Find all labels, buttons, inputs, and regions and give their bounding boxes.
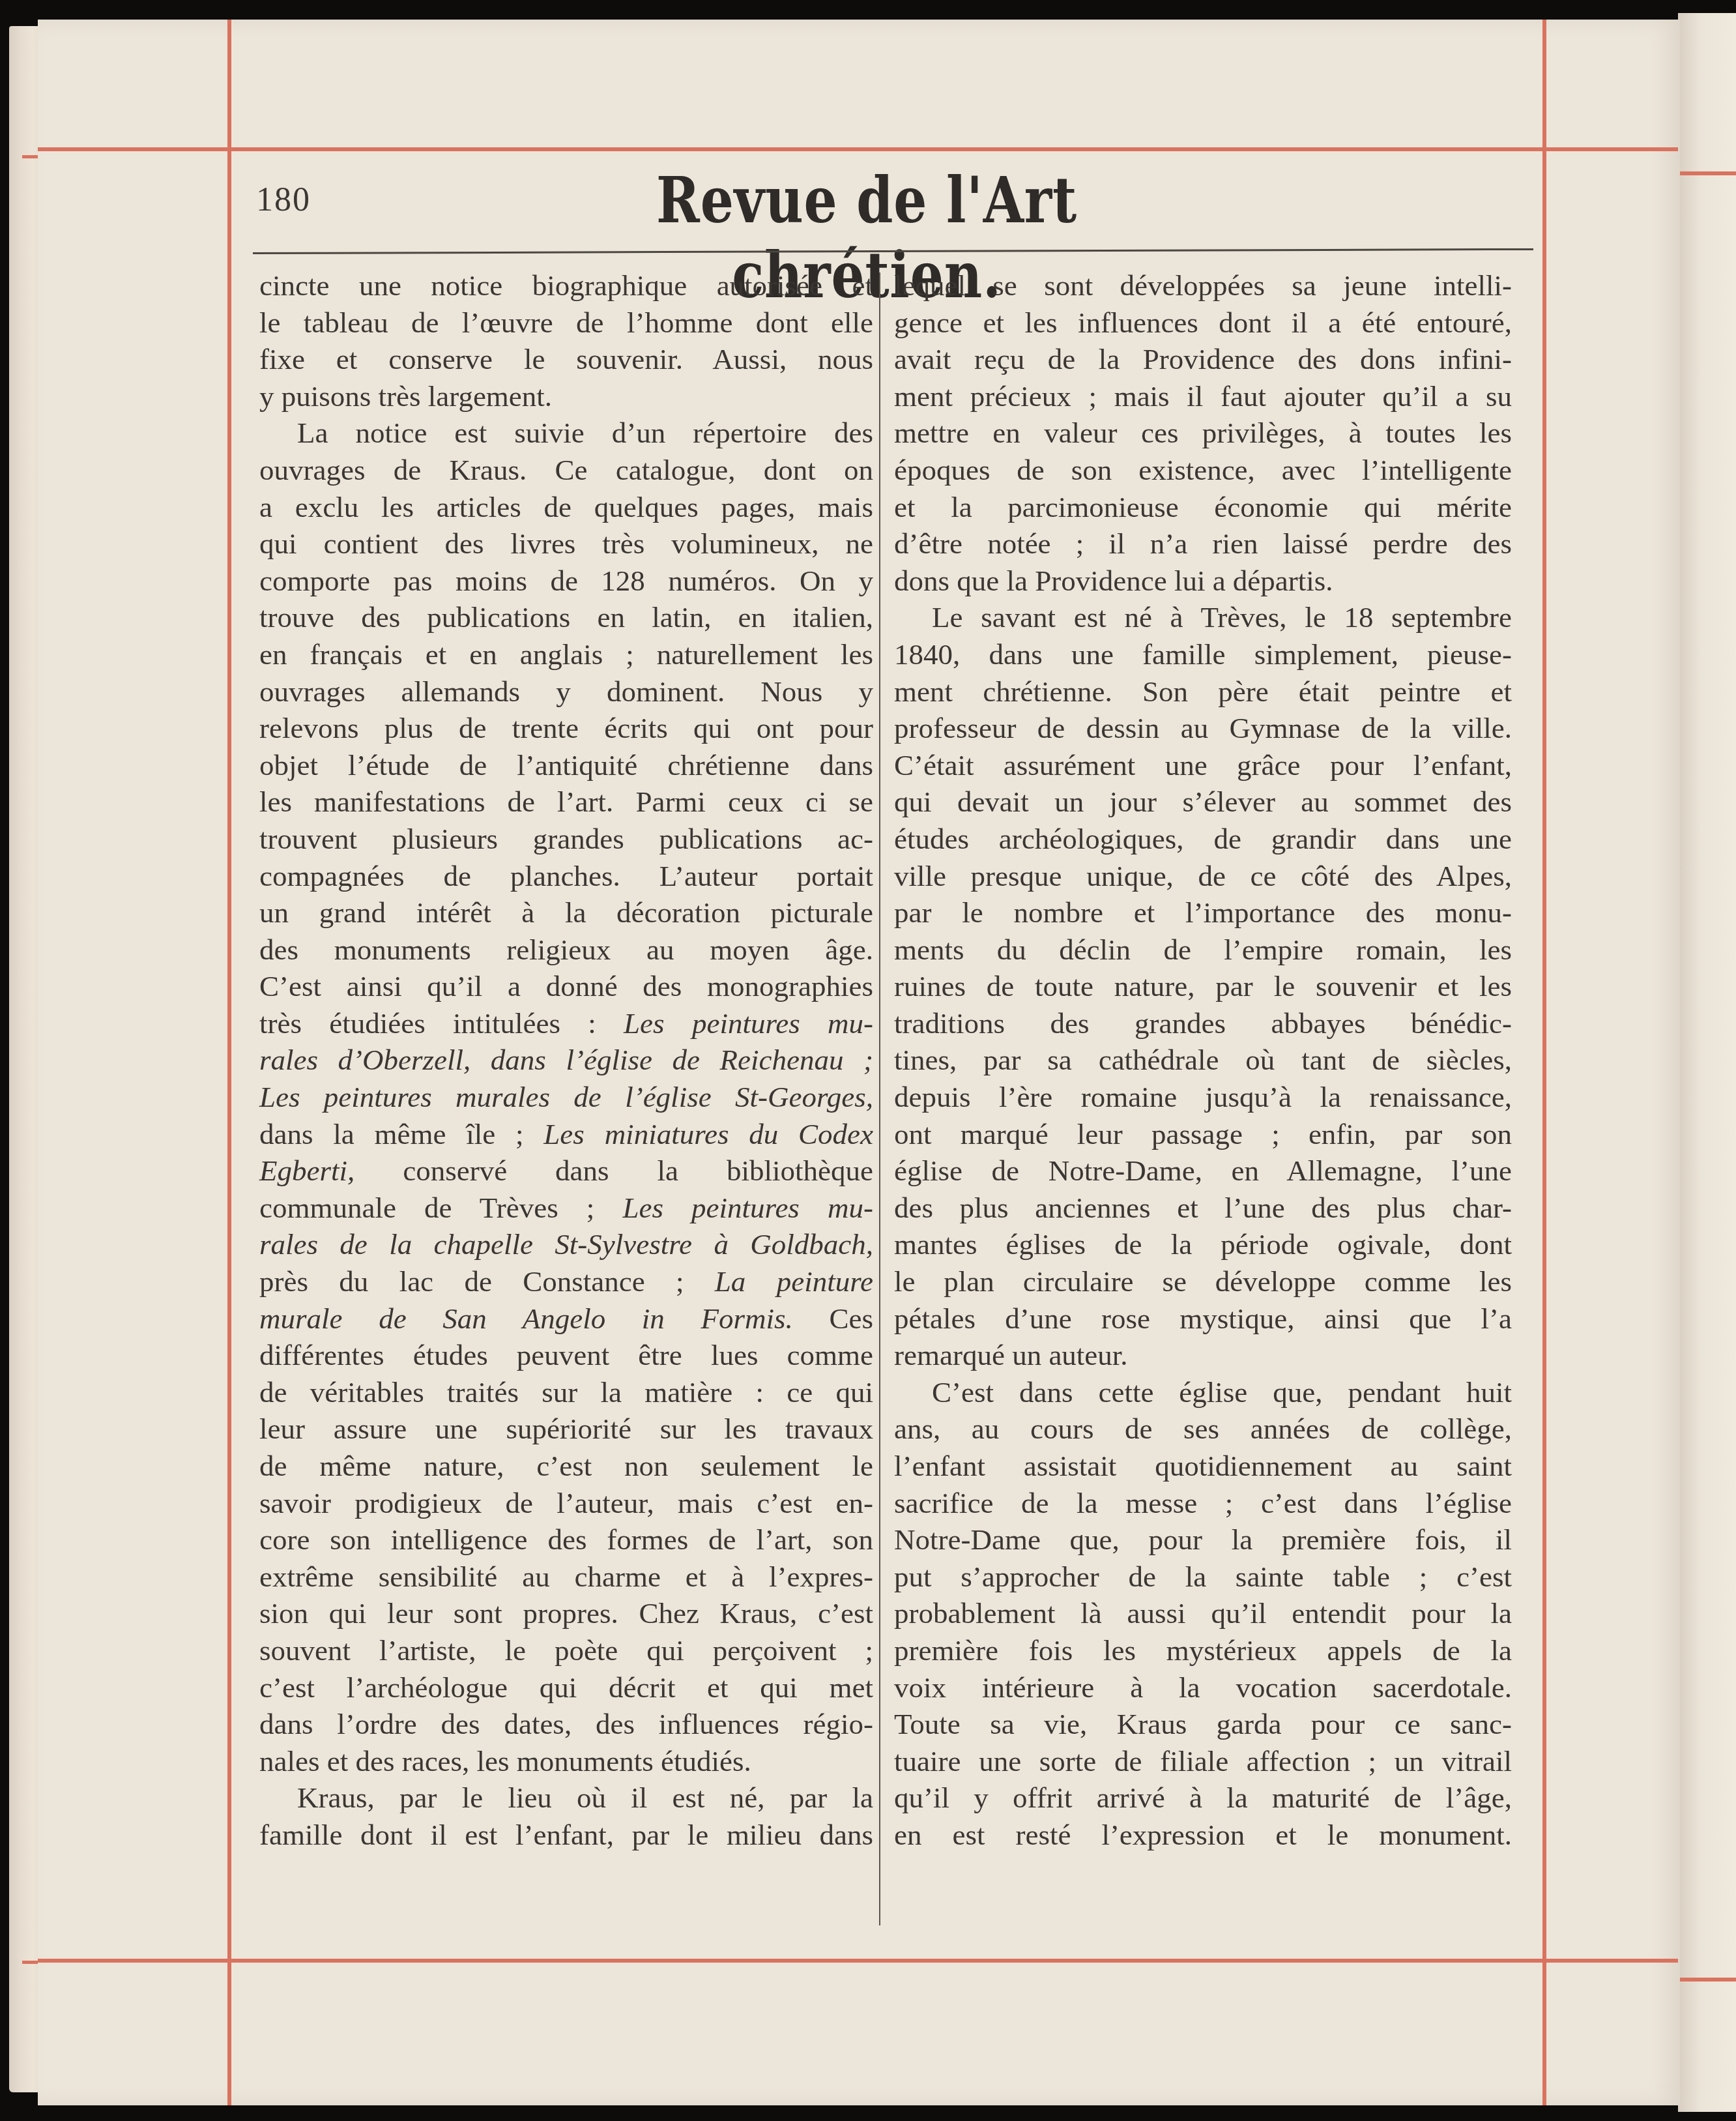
line-text: traditions des grandes abbayes bénédic-	[894, 1007, 1512, 1040]
text-line: mettre en valeur ces privilèges, à toute…	[894, 415, 1512, 452]
text-line: sion qui leur sont propres. Chez Kraus, …	[259, 1595, 873, 1632]
line-text: mettre en valeur ces privilèges, à toute…	[894, 417, 1512, 449]
line-text: mantes églises de la période ogivale, do…	[894, 1228, 1512, 1261]
text-line: avait reçu de la Providence des dons inf…	[894, 341, 1512, 378]
line-text: probablement là aussi qu’il entendit pou…	[894, 1597, 1512, 1630]
text-line: Egberti, conservé dans la bibliothèque	[259, 1152, 873, 1190]
line-text: le tableau de l’œuvre de l’homme dont el…	[259, 306, 873, 339]
column-divider	[879, 272, 880, 1925]
top-red-rule	[38, 147, 1678, 151]
text-line: dans l’ordre des dates, des influences r…	[259, 1706, 873, 1743]
text-line: ments du déclin de l’empire romain, les	[894, 931, 1512, 969]
text-line: C’est dans cette église que, pendant hui…	[894, 1374, 1512, 1411]
text-line: un grand intérêt à la décoration pictura…	[259, 894, 873, 931]
italic-title: Les peintures mu-	[622, 1192, 873, 1224]
line-text: en français et en anglais ; naturellemen…	[259, 638, 873, 671]
italic-title: Les miniatures du Codex	[543, 1118, 873, 1150]
line-text: qu’il y offrit arrivé à la maturité de l…	[894, 1781, 1512, 1814]
line-text: tines, par sa cathédrale où tant de sièc…	[894, 1044, 1512, 1076]
line-text: Kraus, par le lieu où il est né, par la	[297, 1781, 873, 1814]
line-text: ments du déclin de l’empire romain, les	[894, 933, 1512, 966]
text-line: voix intérieure à la vocation sacerdotal…	[894, 1669, 1512, 1706]
text-line: souvent l’artiste, le poète qui perçoive…	[259, 1632, 873, 1669]
line-text: lequel se sont développées sa jeune inte…	[894, 269, 1512, 302]
line-text-after: conservé dans la bibliothèque	[354, 1154, 873, 1187]
text-line: relevons plus de trente écrits qui ont p…	[259, 710, 873, 747]
line-text: de même nature, c’est non seulement le	[259, 1450, 873, 1482]
line-text: comporte pas moins de 128 numéros. On y	[259, 564, 873, 597]
text-line: en est resté l’expression et le monument…	[894, 1817, 1512, 1854]
line-text: tuaire une sorte de filiale affection ; …	[894, 1745, 1512, 1777]
text-line: comporte pas moins de 128 numéros. On y	[259, 563, 873, 600]
text-line: études archéologiques, de grandir dans u…	[894, 821, 1512, 858]
line-text: C’est dans cette église que, pendant hui…	[932, 1376, 1512, 1409]
text-line: ruines de toute nature, par le souvenir …	[894, 968, 1512, 1005]
line-text: près du lac de Constance ;	[259, 1265, 715, 1298]
line-text: 1840, dans une famille simplement, pieus…	[894, 638, 1512, 671]
line-text: première fois les mystérieux appels de l…	[894, 1634, 1512, 1667]
text-line: dons que la Providence lui a départis.	[894, 563, 1512, 600]
line-text: nales et des races, les monuments étudié…	[259, 1745, 751, 1777]
text-line: savoir prodigieux de l’auteur, mais c’es…	[259, 1485, 873, 1522]
line-text: ont marqué leur passage ; enfin, par son	[894, 1118, 1512, 1150]
line-text: pétales d’une rose mystique, ainsi que l…	[894, 1302, 1512, 1335]
line-text: objet l’étude de l’antiquité chrétienne …	[259, 749, 873, 782]
text-line: ont marqué leur passage ; enfin, par son	[894, 1116, 1512, 1153]
text-line: 1840, dans une famille simplement, pieus…	[894, 636, 1512, 673]
line-text: un grand intérêt à la décoration pictura…	[259, 896, 873, 929]
line-text: gence et les influences dont il a été en…	[894, 306, 1512, 339]
text-line: Notre-Dame que, pour la première fois, i…	[894, 1521, 1512, 1558]
italic-title: Les peintures mu-	[624, 1007, 873, 1040]
line-text: a exclu les articles de quelques pages, …	[259, 491, 873, 523]
line-text: c’est l’archéologue qui décrit et qui me…	[259, 1671, 873, 1704]
text-line: en français et en anglais ; naturellemen…	[259, 636, 873, 673]
text-line: gence et les influences dont il a été en…	[894, 304, 1512, 342]
line-text: et la parcimonieuse économie qui mérite	[894, 491, 1512, 523]
text-line: ouvrages de Kraus. Ce catalogue, dont on	[259, 452, 873, 489]
line-text: Notre-Dame que, pour la première fois, i…	[894, 1523, 1512, 1556]
line-text: trouvent plusieurs grandes publications …	[259, 823, 873, 855]
text-line: core son intelligence des formes de l’ar…	[259, 1521, 873, 1558]
line-text: sion qui leur sont propres. Chez Kraus, …	[259, 1597, 873, 1630]
text-line: famille dont il est l’enfant, par le mil…	[259, 1817, 873, 1854]
italic-title: La peinture	[715, 1265, 873, 1298]
line-text: La notice est suivie d’un répertoire des	[297, 417, 873, 449]
text-line: lequel se sont développées sa jeune inte…	[894, 267, 1512, 304]
text-line: église de Notre-Dame, en Allemagne, l’un…	[894, 1152, 1512, 1190]
text-line: murale de San Angelo in Formis. Ces	[259, 1300, 873, 1338]
text-line: trouve des publications en latin, en ita…	[259, 599, 873, 636]
text-line: remarqué un auteur.	[894, 1337, 1512, 1374]
text-line: ouvrages allemands y dominent. Nous y	[259, 673, 873, 710]
italic-title: rales de la chapelle St-Sylvestre à Gold…	[259, 1228, 873, 1261]
text-line: nales et des races, les monuments étudié…	[259, 1743, 873, 1780]
text-line: des monuments religieux au moyen âge.	[259, 931, 873, 969]
text-line: compagnées de planches. L’auteur portait	[259, 858, 873, 895]
line-text: ment précieux ; mais il faut ajouter qu’…	[894, 380, 1512, 413]
text-line: très étudiées intitulées : Les peintures…	[259, 1005, 873, 1042]
line-text: par le nombre et l’importance des monu-	[894, 896, 1512, 929]
line-text: ment chrétienne. Son père était peintre …	[894, 675, 1512, 708]
text-line: ans, au cours de ses années de collège,	[894, 1411, 1512, 1448]
line-text: ans, au cours de ses années de collège,	[894, 1412, 1512, 1445]
line-text: des monuments religieux au moyen âge.	[259, 933, 873, 966]
text-line: objet l’étude de l’antiquité chrétienne …	[259, 747, 873, 784]
line-text: l’enfant assistait quotidiennement au sa…	[894, 1450, 1512, 1482]
line-text: qui devait un jour s’élever au sommet de…	[894, 785, 1512, 818]
text-line: c’est l’archéologue qui décrit et qui me…	[259, 1669, 873, 1706]
text-line: a exclu les articles de quelques pages, …	[259, 489, 873, 526]
text-line: depuis l’ère romaine jusqu’à la renaissa…	[894, 1079, 1512, 1116]
text-line: de véritables traités sur la matière : c…	[259, 1374, 873, 1411]
text-line: communale de Trèves ; Les peintures mu-	[259, 1190, 873, 1227]
bottom-red-rule	[38, 1959, 1678, 1963]
line-text: fixe et conserve le souvenir. Aussi, nou…	[259, 343, 873, 375]
text-line: rales de la chapelle St-Sylvestre à Gold…	[259, 1226, 873, 1263]
text-line: mantes églises de la période ogivale, do…	[894, 1226, 1512, 1263]
next-page-edge	[1678, 13, 1736, 2112]
line-text: cincte une notice biographique autorisée…	[259, 269, 873, 302]
line-text: église de Notre-Dame, en Allemagne, l’un…	[894, 1154, 1512, 1187]
text-line: fixe et conserve le souvenir. Aussi, nou…	[259, 341, 873, 378]
line-text-after: Ces	[793, 1302, 873, 1335]
text-line: ville presque unique, de ce côté des Alp…	[894, 858, 1512, 895]
line-text: ville presque unique, de ce côté des Alp…	[894, 860, 1512, 892]
line-text: ouvrages allemands y dominent. Nous y	[259, 675, 873, 708]
line-text: dans la même île ;	[259, 1118, 543, 1150]
text-line: traditions des grandes abbayes bénédic-	[894, 1005, 1512, 1042]
text-line: différentes études peuvent être lues com…	[259, 1337, 873, 1374]
text-line: sacrifice de la messe ; c’est dans l’égl…	[894, 1485, 1512, 1522]
text-line: de même nature, c’est non seulement le	[259, 1448, 873, 1485]
line-text: y puisons très largement.	[259, 380, 552, 413]
left-red-rule	[227, 20, 231, 2105]
text-line: tuaire une sorte de filiale affection ; …	[894, 1743, 1512, 1780]
line-text: professeur de dessin au Gymnase de la vi…	[894, 712, 1512, 744]
text-line: rales d’Oberzell, dans l’église de Reich…	[259, 1042, 873, 1079]
italic-title: Egberti,	[259, 1154, 354, 1187]
line-text: compagnées de planches. L’auteur portait	[259, 860, 873, 892]
left-column: cincte une notice biographique autorisée…	[259, 267, 873, 1854]
text-line: pétales d’une rose mystique, ainsi que l…	[894, 1300, 1512, 1338]
page-number: 180	[256, 181, 311, 219]
line-text: études archéologiques, de grandir dans u…	[894, 823, 1512, 855]
italic-title: Les peintures murales de l’église St-Geo…	[259, 1081, 873, 1113]
text-line: qui devait un jour s’élever au sommet de…	[894, 783, 1512, 821]
next-page-red-rule	[1678, 171, 1736, 175]
line-text: C’est ainsi qu’il a donné des monographi…	[259, 970, 873, 1002]
text-line: professeur de dessin au Gymnase de la vi…	[894, 710, 1512, 747]
text-line: le plan circulaire se développe comme le…	[894, 1263, 1512, 1300]
text-line: Toute sa vie, Kraus garda pour ce sanc-	[894, 1706, 1512, 1743]
line-text: voix intérieure à la vocation sacerdotal…	[894, 1671, 1512, 1704]
next-page-red-rule	[1678, 1978, 1736, 1982]
text-line: qu’il y offrit arrivé à la maturité de l…	[894, 1779, 1512, 1817]
text-line: Les peintures murales de l’église St-Geo…	[259, 1079, 873, 1116]
line-text: savoir prodigieux de l’auteur, mais c’es…	[259, 1487, 873, 1519]
text-line: les manifestations de l’art. Parmi ceux …	[259, 783, 873, 821]
line-text: sacrifice de la messe ; c’est dans l’égl…	[894, 1487, 1512, 1519]
line-text: le plan circulaire se développe comme le…	[894, 1265, 1512, 1298]
line-text: Le savant est né à Trèves, le 18 septemb…	[932, 601, 1512, 634]
line-text: remarqué un auteur.	[894, 1339, 1128, 1371]
line-text: famille dont il est l’enfant, par le mil…	[259, 1819, 873, 1851]
line-text: époques de son existence, avec l’intelli…	[894, 454, 1512, 486]
text-line: C’est ainsi qu’il a donné des monographi…	[259, 968, 873, 1005]
line-text: très étudiées intitulées :	[259, 1007, 624, 1040]
line-text: dans l’ordre des dates, des influences r…	[259, 1708, 873, 1740]
text-line: près du lac de Constance ; La peinture	[259, 1263, 873, 1300]
italic-title: murale de San Angelo in Formis.	[259, 1302, 793, 1335]
line-text: depuis l’ère romaine jusqu’à la renaissa…	[894, 1081, 1512, 1113]
italic-title: rales d’Oberzell, dans l’église de Reich…	[259, 1044, 873, 1076]
text-line: C’était assurément une grâce pour l’enfa…	[894, 747, 1512, 784]
text-line: leur assure une supériorité sur les trav…	[259, 1411, 873, 1448]
text-line: y puisons très largement.	[259, 378, 873, 415]
line-text: relevons plus de trente écrits qui ont p…	[259, 712, 873, 744]
text-line: et la parcimonieuse économie qui mérite	[894, 489, 1512, 526]
line-text: avait reçu de la Providence des dons inf…	[894, 343, 1512, 375]
line-text: qui contient des livres très volumineux,…	[259, 527, 873, 560]
line-text: Toute sa vie, Kraus garda pour ce sanc-	[894, 1708, 1512, 1740]
text-line: ment précieux ; mais il faut ajouter qu’…	[894, 378, 1512, 415]
text-line: par le nombre et l’importance des monu-	[894, 894, 1512, 931]
text-line: première fois les mystérieux appels de l…	[894, 1632, 1512, 1669]
line-text: les manifestations de l’art. Parmi ceux …	[259, 785, 873, 818]
text-line: La notice est suivie d’un répertoire des	[259, 415, 873, 452]
text-line: cincte une notice biographique autorisée…	[259, 267, 873, 304]
line-text: trouve des publications en latin, en ita…	[259, 601, 873, 634]
text-line: ment chrétienne. Son père était peintre …	[894, 673, 1512, 710]
text-line: des plus anciennes et l’une des plus cha…	[894, 1190, 1512, 1227]
line-text: d’être notée ; il n’a rien laissé perdre…	[894, 527, 1512, 560]
text-line: qui contient des livres très volumineux,…	[259, 525, 873, 563]
line-text: en est resté l’expression et le monument…	[894, 1819, 1512, 1851]
line-text: core son intelligence des formes de l’ar…	[259, 1523, 873, 1556]
text-line: l’enfant assistait quotidiennement au sa…	[894, 1448, 1512, 1485]
text-line: d’être notée ; il n’a rien laissé perdre…	[894, 525, 1512, 563]
text-line: Kraus, par le lieu où il est né, par la	[259, 1779, 873, 1817]
text-line: probablement là aussi qu’il entendit pou…	[894, 1595, 1512, 1632]
line-text: C’était assurément une grâce pour l’enfa…	[894, 749, 1512, 782]
line-text: différentes études peuvent être lues com…	[259, 1339, 873, 1371]
line-text: extrême sensibilité au charme et à l’exp…	[259, 1560, 873, 1593]
right-red-rule	[1542, 20, 1546, 2105]
right-column: lequel se sont développées sa jeune inte…	[894, 267, 1512, 1854]
text-line: put s’approcher de la sainte table ; c’e…	[894, 1558, 1512, 1596]
text-line: extrême sensibilité au charme et à l’exp…	[259, 1558, 873, 1596]
line-text: des plus anciennes et l’une des plus cha…	[894, 1192, 1512, 1224]
text-line: trouvent plusieurs grandes publications …	[259, 821, 873, 858]
line-text: souvent l’artiste, le poète qui perçoive…	[259, 1634, 873, 1667]
line-text: de véritables traités sur la matière : c…	[259, 1376, 873, 1409]
line-text: leur assure une supériorité sur les trav…	[259, 1412, 873, 1445]
line-text: ouvrages de Kraus. Ce catalogue, dont on	[259, 454, 873, 486]
line-text: communale de Trèves ;	[259, 1192, 622, 1224]
text-line: Le savant est né à Trèves, le 18 septemb…	[894, 599, 1512, 636]
line-text: put s’approcher de la sainte table ; c’e…	[894, 1560, 1512, 1593]
text-line: le tableau de l’œuvre de l’homme dont el…	[259, 304, 873, 342]
text-line: tines, par sa cathédrale où tant de sièc…	[894, 1042, 1512, 1079]
line-text: ruines de toute nature, par le souvenir …	[894, 970, 1512, 1002]
text-line: époques de son existence, avec l’intelli…	[894, 452, 1512, 489]
text-line: dans la même île ; Les miniatures du Cod…	[259, 1116, 873, 1153]
line-text: dons que la Providence lui a départis.	[894, 564, 1333, 597]
